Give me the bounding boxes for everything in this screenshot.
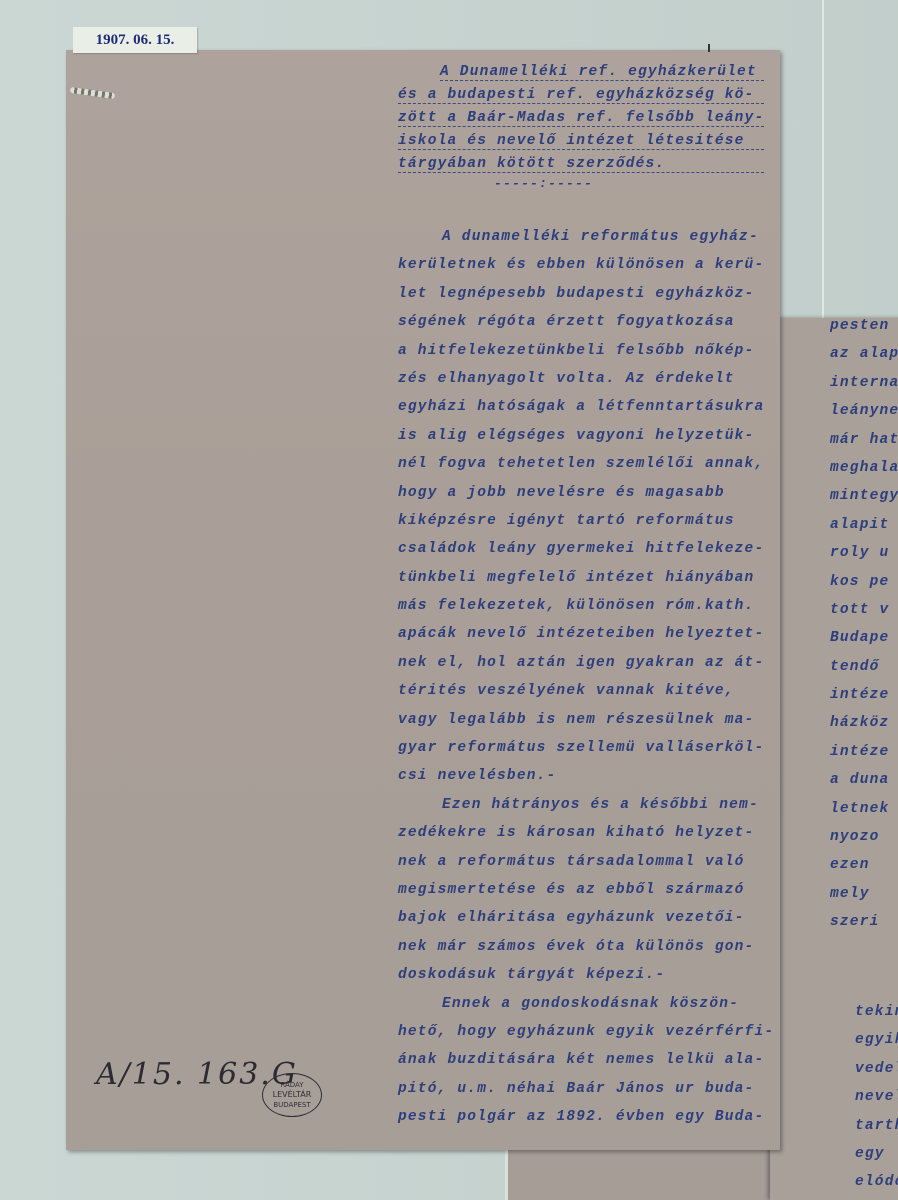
body-line: is alig elégséges vagyoni helyzetük-: [398, 424, 774, 452]
dashed-underline: [398, 172, 764, 173]
body-line: pitó, u.m. néhai Baár János ur buda-: [398, 1077, 774, 1105]
body-line: más felekezetek, különösen róm.kath.: [398, 594, 774, 622]
body-line: gyar református szellemü valláserköl-: [398, 736, 774, 764]
body-line: hető, hogy egyházunk egyik vezérférfi-: [398, 1020, 774, 1048]
body-line: ségének régóta érzett fogyatkozása: [398, 310, 774, 338]
title-line: iskola és nevelő intézet létesitése: [398, 131, 764, 154]
stamp-line-2: LEVÉLTÁR: [273, 1090, 312, 1100]
body-line: nek a református társadalommal való: [398, 850, 774, 878]
title-line: tárgyában kötött szerződés.: [398, 154, 764, 177]
title-line: zött a Baár-Madas ref. felsőbb leány-: [398, 108, 764, 131]
second-page-line: intéze: [830, 683, 898, 711]
second-page-line: tendő: [830, 655, 898, 683]
body-line: zés elhanyagolt volta. Az érdekelt: [398, 367, 774, 395]
document-body: A dunamelléki református egyház-kerületn…: [398, 225, 774, 1134]
title-line: és a budapesti ref. egyházközség kö-: [398, 85, 764, 108]
backboard-fold-line: [822, 0, 824, 318]
second-page-line: elódc: [855, 1170, 898, 1198]
dashed-underline: [398, 126, 764, 127]
second-page-line: letnek: [830, 797, 898, 825]
dashed-underline: [398, 103, 764, 104]
second-page-text: pestenaz alapinternaleánynemár hatmeghal…: [830, 314, 898, 939]
body-line: apácák nevelő intézeteiben helyeztet-: [398, 622, 774, 650]
second-page-line: pesten: [830, 314, 898, 342]
second-page-line: tott v: [830, 598, 898, 626]
second-page-line: egyik: [855, 1028, 898, 1056]
second-page-line: nevel: [855, 1085, 898, 1113]
second-page-line: vedel: [855, 1057, 898, 1085]
second-page-line: mintegy: [830, 484, 898, 512]
body-line: Ennek a gondoskodásnak köszön-: [398, 992, 774, 1020]
body-line: a hitfelekezetünkbeli felsőbb nőkép-: [398, 339, 774, 367]
second-page-line: tarth: [855, 1114, 898, 1142]
body-line: tünkbeli megfelelő intézet hiányában: [398, 566, 774, 594]
body-line: zedékekre is károsan kiható helyzet-: [398, 821, 774, 849]
body-line: Ezen hátrányos és a későbbi nem-: [398, 793, 774, 821]
pencil-mark: [708, 44, 710, 52]
title-separator: -----:-----: [398, 177, 764, 195]
second-page-line: az alap: [830, 342, 898, 370]
second-page-line: tekin: [855, 1000, 898, 1028]
body-line: A dunamelléki református egyház-: [398, 225, 774, 253]
body-line: hogy a jobb nevelésre és magasabb: [398, 481, 774, 509]
document-title: A Dunamelléki ref. egyházkerületés a bud…: [398, 62, 764, 195]
body-line: ának buzditására két nemes lelkü ala-: [398, 1048, 774, 1076]
body-line: vagy legalább is nem részesülnek ma-: [398, 708, 774, 736]
body-line: térités veszélyének vannak kitéve,: [398, 679, 774, 707]
second-page-line: roly u: [830, 541, 898, 569]
dashed-underline: [398, 149, 764, 150]
body-line: doskodásuk tárgyát képezi.-: [398, 963, 774, 991]
body-line: csi nevelésben.-: [398, 764, 774, 792]
second-page-line: alapit: [830, 513, 898, 541]
second-page-line: mely: [830, 882, 898, 910]
second-page-line: kos pe: [830, 570, 898, 598]
second-page-line: Budape: [830, 626, 898, 654]
body-line: nek már számos évek óta különös gon-: [398, 935, 774, 963]
stamp-line-1: RÁDAY: [280, 1080, 303, 1090]
second-page-line: meghala: [830, 456, 898, 484]
stamp-line-3: BUDAPEST: [273, 1100, 310, 1110]
raday-archive-stamp: RÁDAY LEVÉLTÁR BUDAPEST: [262, 1073, 322, 1117]
second-page-line: intéze: [830, 740, 898, 768]
body-line: let legnépesebb budapesti egyházköz-: [398, 282, 774, 310]
date-label: 1907. 06. 15.: [73, 27, 197, 53]
body-line: pesti polgár az 1892. évben egy Buda-: [398, 1105, 774, 1133]
underlying-page: [505, 1150, 808, 1200]
second-page-line: a duna: [830, 768, 898, 796]
body-line: bajok elháritása egyházunk vezetői-: [398, 906, 774, 934]
body-line: kerületnek és ebben különösen a kerü-: [398, 253, 774, 281]
title-line: A Dunamelléki ref. egyházkerület: [398, 62, 764, 85]
second-page-line: leányne: [830, 399, 898, 427]
body-line: családok leány gyermekei hitfelekeze-: [398, 537, 774, 565]
body-line: egyházi hatóságak a létfenntartásukra: [398, 395, 774, 423]
body-line: nek el, hol aztán igen gyakran az át-: [398, 651, 774, 679]
second-page-line: nyozo: [830, 825, 898, 853]
body-line: megismertetése és az ebből származó: [398, 878, 774, 906]
second-page-line: házköz: [830, 711, 898, 739]
body-line: nél fogva tehetetlen szemlélői annak,: [398, 452, 774, 480]
dashed-underline: [440, 80, 764, 81]
body-line: kiképzésre igényt tartó református: [398, 509, 774, 537]
second-page-line: ezen: [830, 853, 898, 881]
second-page-line: egy: [855, 1142, 898, 1170]
second-page-line: már hat: [830, 428, 898, 456]
second-page-line: interna: [830, 371, 898, 399]
second-page-line: szeri: [830, 910, 898, 938]
second-page-text-lower: tekinegyikvedelneveltarthegyelódc: [855, 1000, 898, 1199]
